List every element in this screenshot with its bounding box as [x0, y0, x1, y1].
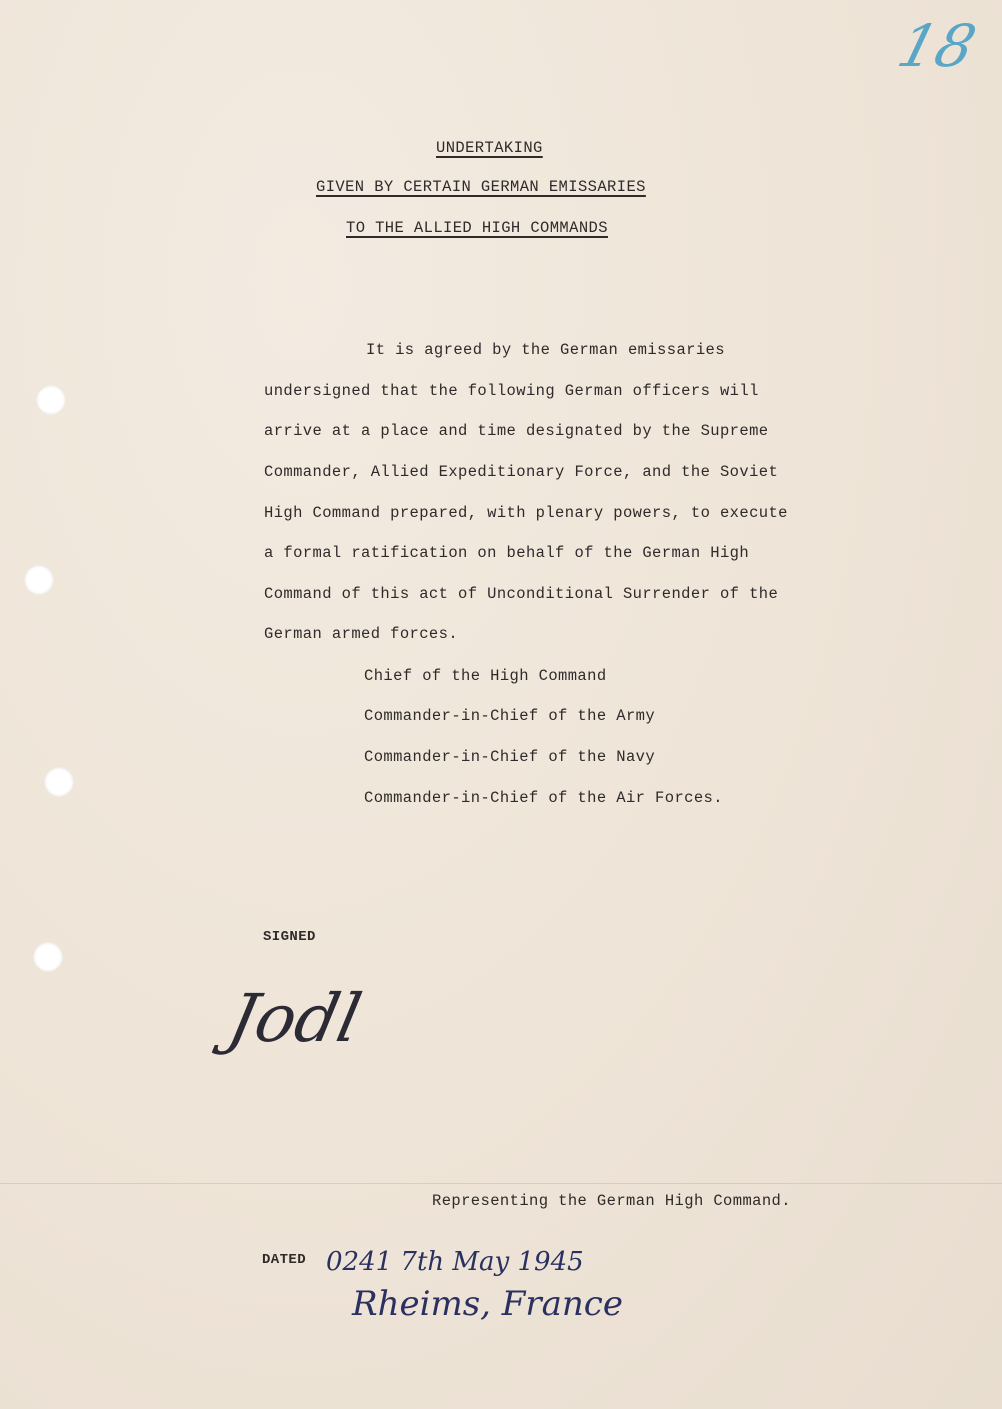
signed-label: SIGNED [263, 929, 316, 945]
handwritten-place: Rheims, France [352, 1284, 623, 1324]
document-title-line3: TO THE ALLIED HIGH COMMANDS [346, 219, 608, 237]
page-number-annotation: 18 [891, 12, 983, 80]
dated-label: DATED [262, 1252, 306, 1268]
punch-hole [33, 942, 63, 972]
signature: Jodl [222, 980, 368, 1057]
document-title-line1: UNDERTAKING [436, 139, 543, 157]
punch-hole [44, 767, 74, 797]
body-line: undersigned that the following German of… [264, 382, 759, 400]
body-line: German armed forces. [264, 625, 458, 643]
body-line: High Command prepared, with plenary powe… [264, 504, 788, 522]
body-line: Commander, Allied Expeditionary Force, a… [264, 463, 778, 481]
punch-hole [24, 565, 54, 595]
body-line: arrive at a place and time designated by… [264, 422, 768, 440]
document-title-line2: GIVEN BY CERTAIN GERMAN EMISSARIES [316, 178, 646, 196]
officer-item: Commander-in-Chief of the Navy [364, 748, 655, 766]
officer-item: Chief of the High Command [364, 667, 607, 685]
paper-crease [0, 1183, 1002, 1184]
punch-hole [36, 385, 66, 415]
representing-line: Representing the German High Command. [432, 1192, 791, 1210]
officer-item: Commander-in-Chief of the Air Forces. [364, 789, 723, 807]
handwritten-date: 0241 7th May 1945 [326, 1247, 584, 1277]
body-line: a formal ratification on behalf of the G… [264, 544, 749, 562]
body-line: It is agreed by the German emissaries [366, 341, 725, 359]
body-line: Command of this act of Unconditional Sur… [264, 585, 778, 603]
officer-item: Commander-in-Chief of the Army [364, 707, 655, 725]
